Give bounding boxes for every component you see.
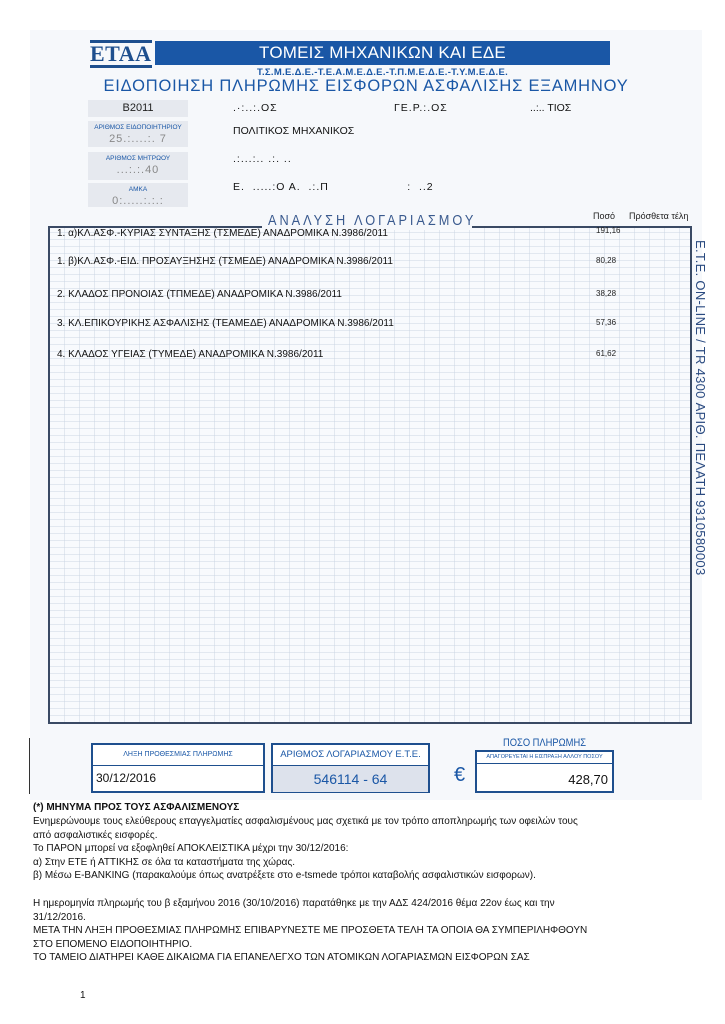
notice-number-value: 25.:....:. 7 [88,132,188,146]
analysis-row-amount: 80,28 [596,256,616,265]
account-value: 546114 - 64 [273,766,428,792]
message-line: ΤΟ ΤΑΜΕΙΟ ΔΙΑΤΗΡΕΙ ΚΑΘΕ ΔΙΚΑΙΩΜΑ ΓΙΑ ΕΠΑ… [33,951,673,965]
code-box: B2011 [88,100,188,117]
registry-value: ...:.:.40 [88,163,188,177]
bank-reference-text: Ε.Τ.Ε. ON-LINE / TR 4300 ΑΡΙΘ. ΠΕΛΑΤΗ 93… [693,240,708,575]
message-line: Το ΠΑΡΟΝ μπορεί να εξοφληθεί ΑΠΟΚΛΕΙΣΤΙΚ… [33,842,673,856]
message-line: ΜΕΤΑ ΤΗΝ ΛΗΞΗ ΠΡΟΘΕΣΜΙΑΣ ΠΛΗΡΩΜΗΣ ΕΠΙΒΑΡ… [33,924,673,938]
amka-box: ΑΜΚΑ 0:.....:.:.: [88,183,188,207]
analysis-row-label: 1. α)ΚΛ.ΑΣΦ.-ΚΥΡΙΑΣ ΣΥΝΤΑΞΗΣ (ΤΣΜΕΔΕ) ΑΝ… [57,228,388,239]
registry-label: ΑΡΙΘΜΟΣ ΜΗΤΡΩΟΥ [88,152,188,163]
notice-number-label: ΑΡΙΘΜΟΣ ΕΙΔΟΠΟΙΗΤΗΡΙΟΥ [88,121,188,132]
code-value: B2011 [88,100,188,117]
analysis-row-amount: 38,28 [596,289,616,298]
first-name: ΓΕ.Ρ.:.ΟΣ [394,102,448,114]
amka-label: ΑΜΚΑ [88,183,188,194]
deadline-value: 30/12/2016 [93,766,263,785]
payment-amount-warning: ΑΠΑΓΟΡΕΥΕΤΑΙ Η ΕΙΣΠΡΑΞΗ ΑΛΛΟΥ ΠΟΣΟΥ [477,752,612,764]
message-body: Ενημερώνουμε τους ελεύθερους επαγγελματί… [33,815,673,883]
analysis-row-label: 2. ΚΛΑΔΟΣ ΠΡΟΝΟΙΑΣ (ΤΠΜΕΔΕ) ΑΝΑΔΡΟΜΙΚΑ Ν… [57,289,342,300]
message-line: ΣΤΟ ΕΠΟΜΕΝΟ ΕΙΔΟΠΟΙΗΤΗΡΙΟ. [33,938,673,952]
etaa-logo: ETAA [90,40,152,68]
analysis-row-label: 1. β)ΚΛ.ΑΣΦ.-ΕΙΔ. ΠΡΟΣΑΥΞΗΣΗΣ (ΤΣΜΕΔΕ) Α… [57,256,393,267]
analysis-row-label: 4. ΚΛΑΔΟΣ ΥΓΕΙΑΣ (ΤΥΜΕΔΕ) ΑΝΑΔΡΟΜΙΚΑ Ν.3… [57,349,323,360]
analysis-title: ΑΝΑΛΥΣΗ ΛΟΓΑΡΙΑΣΜΟΥ [268,212,476,229]
bank-reference-vertical: Ε.Τ.Ε. ON-LINE / TR 4300 ΑΡΙΘ. ΠΕΛΑΤΗ 93… [690,240,710,630]
extra-fees-column-header: Πρόσθετα τέλη [629,211,688,221]
amount-column-header: Ποσό [593,211,615,221]
payment-amount-title: ΠΟΣΟ ΠΛΗΡΩΜΗΣ [485,737,603,749]
city: Ε. .....:Ο Α. .:.Π : ..2 [233,181,434,193]
euro-symbol: € [454,764,465,787]
message-notes: Η ημερομηνία πληρωμής του β εξαμήνου 201… [33,897,673,965]
page-number: 1 [80,990,86,1001]
margin-line [29,738,30,794]
payment-amount-value: 428,70 [477,764,612,787]
header-banner: ΤΟΜΕΙΣ ΜΗΧΑΝΙΚΩΝ ΚΑΙ ΕΔΕ [155,41,610,65]
analysis-row-amount: 61,62 [596,349,616,358]
message-line: α) Στην ΕΤΕ ή ΑΤΤΙΚΗΣ σε όλα τα καταστήμ… [33,856,673,870]
account-label: ΑΡΙΘΜΟΣ ΛΟΓΑΡΙΑΣΜΟΥ Ε.Τ.Ε. [273,745,428,766]
message-line: από ασφαλιστικές εισφορές. [33,829,673,843]
father-name: ..:.. ΤΙΟΣ [530,102,571,114]
amka-value: 0:.....:.:.: [88,194,188,208]
deadline-label: ΛΗΞΗ ΠΡΟΘΕΣΜΙΑΣ ΠΛΗΡΩΜΗΣ [93,745,263,766]
surname: .·:..:.ΟΣ [233,102,278,114]
address: .:...:.. .:. .. [233,153,292,165]
account-box: ΑΡΙΘΜΟΣ ΛΟΓΑΡΙΑΣΜΟΥ Ε.Τ.Ε. 546114 - 64 [271,743,430,793]
message-line: Ενημερώνουμε τους ελεύθερους επαγγελματί… [33,815,673,829]
notice-number-box: ΑΡΙΘΜΟΣ ΕΙΔΟΠΟΙΗΤΗΡΙΟΥ 25.:....:. 7 [88,121,188,147]
profession: ΠΟΛΙΤΙΚΟΣ ΜΗΧΑΝΙΚΟΣ [233,125,354,137]
message-line: Η ημερομηνία πληρωμής του β εξαμήνου 201… [33,897,673,911]
account-analysis-box [48,226,692,724]
analysis-row-label: 3. ΚΛ.ΕΠΙΚΟΥΡΙΚΗΣ ΑΣΦΑΛΙΣΗΣ (ΤΕΑΜΕΔΕ) ΑΝ… [57,318,394,329]
document-title: ΕΙΔΟΠΟΙΗΣΗ ΠΛΗΡΩΜΗΣ ΕΙΣΦΟΡΩΝ ΑΣΦΑΛΙΣΗΣ Ε… [30,77,702,96]
analysis-row-amount: 57,36 [596,318,616,327]
deadline-box: ΛΗΞΗ ΠΡΟΘΕΣΜΙΑΣ ΠΛΗΡΩΜΗΣ 30/12/2016 [91,743,265,793]
analysis-row-amount: 191,16 [596,226,620,235]
message-line: β) Μέσω E-BANKING (παρακαλούμε όπως ανατ… [33,869,673,883]
message-line: 31/12/2016. [33,911,673,925]
payment-amount-box: ΑΠΑΓΟΡΕΥΕΤΑΙ Η ΕΙΣΠΡΑΞΗ ΑΛΛΟΥ ΠΟΣΟΥ 428,… [475,750,614,793]
registry-box: ΑΡΙΘΜΟΣ ΜΗΤΡΩΟΥ ...:.:.40 [88,152,188,180]
message-heading: (*) ΜΗΝΥΜΑ ΠΡΟΣ ΤΟΥΣ ΑΣΦΑΛΙΣΜΕΝΟΥΣ [33,801,673,815]
